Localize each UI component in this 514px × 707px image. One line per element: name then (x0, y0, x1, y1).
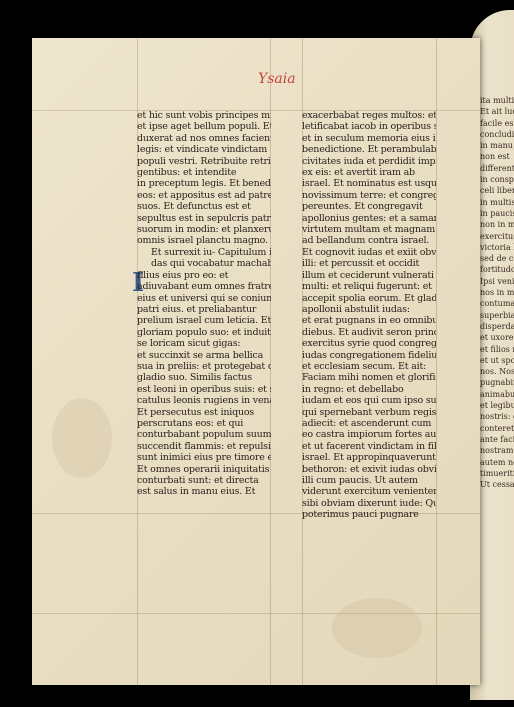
text-line: catulus leonis rugiens in venatione. (137, 395, 271, 406)
text-line: diebus. Et audivit seron principem (302, 327, 436, 338)
text-line: suos. Et defunctus est et (137, 201, 271, 212)
text-line: et filios nostros (480, 344, 514, 355)
text-line: animabus nostris (480, 389, 514, 400)
text-line: nos in multitudine (480, 287, 514, 298)
text-line: pugnabimus pro (480, 377, 514, 388)
text-line: exercitus syrie quod congregavit (302, 338, 436, 349)
text-line: bethoron: et exivit iudas obviam (302, 464, 436, 475)
text-line: exacerbabat reges multos: et (302, 110, 436, 121)
right-text-column: exacerbabat reges multos: etletificabat … (302, 110, 436, 521)
ruling-line (436, 38, 437, 685)
text-line: iudas congregationem fidelium (302, 350, 436, 361)
text-line: adiecit: et ascenderunt cum (302, 418, 436, 429)
text-line: in multis et (480, 197, 514, 208)
text-line: facile est (480, 118, 514, 129)
manuscript-page: Ysaia I et hic sunt vobis principes mili… (32, 38, 480, 685)
text-line: israel. Et appropinquaverunt usque (302, 452, 436, 463)
text-line: nos. Nos vero (480, 366, 514, 377)
text-line: prelium israel cum leticia. Et dilatavit (137, 315, 271, 326)
text-line: civitates iuda et perdidit impios (302, 156, 436, 167)
text-line: est leoni in operibus suis: et sicut (137, 384, 271, 395)
text-line: et ut facerent vindictam in filios (302, 441, 436, 452)
text-line: ad bellandum contra israel. (302, 235, 436, 246)
text-line: in conspectu dei (480, 174, 514, 185)
text-line: multi: et reliqui fugerunt: et (302, 281, 436, 292)
text-line: ita multitudini (480, 95, 514, 106)
text-line: das qui vocabatur machabeus (137, 258, 271, 269)
text-line: omnis israel planctu magno. (137, 235, 271, 246)
text-line: gladio suo. Similis factus (137, 372, 271, 383)
text-line: disperdant nos (480, 321, 514, 332)
text-line: exercitus (480, 231, 514, 242)
text-line: Et omnes operarii iniquitatis (137, 464, 271, 475)
text-line: et ipse aget bellum populi. Et ad (137, 121, 271, 132)
text-line: se loricam sicut gigas: (137, 338, 271, 349)
text-line: et in seculum memoria eius in (302, 133, 436, 144)
text-line: eos: et appositus est ad patres (137, 190, 271, 201)
text-line: conteret eos (480, 423, 514, 434)
text-line: victoria belli (480, 242, 514, 253)
text-line: sunt inimici eius pre timore eius. (137, 452, 271, 463)
text-line: Ipsi veniunt ad (480, 276, 514, 287)
text-line: et ecclesiam secum. Et ait: (302, 361, 436, 372)
text-line: contumaci et (480, 298, 514, 309)
text-line: et uxores nostras (480, 332, 514, 343)
text-line: legis: et vindicate vindictam (137, 144, 271, 155)
text-line: sepultus est in sepulcris patrum (137, 213, 271, 224)
text-line: in preceptum legis. Et benedixit (137, 178, 271, 189)
text-line: nostris: et ipse (480, 411, 514, 422)
text-line: et hic sunt vobis principes milicie (137, 110, 271, 121)
text-line: ex eis: et avertit iram ab (302, 167, 436, 178)
text-line: non in multitudine (480, 219, 514, 230)
text-line: differentia (480, 163, 514, 174)
text-line: duxerat ad nos omnes facientes (137, 133, 271, 144)
text-line: poterimus pauci pugnare (302, 509, 436, 520)
text-line: non est (480, 151, 514, 162)
text-line: illum et ceciderunt vulnerati (302, 270, 436, 281)
text-line: ante faciem (480, 434, 514, 445)
text-line: viderunt exercitum venientem (302, 486, 436, 497)
text-line: Et ait ludas (480, 106, 514, 117)
text-line: eius et universi qui se coniunxerant (137, 293, 271, 304)
text-line: Et persecutus est iniquos (137, 407, 271, 418)
text-line: illi cum paucis. Ut autem (302, 475, 436, 486)
text-line: apollonii abstulit iudas: (302, 304, 436, 315)
text-line: timueritis eos (480, 468, 514, 479)
text-line: perscrutans eos: et qui (137, 418, 271, 429)
facing-page-text: ita multitudiniEt ait ludasfacile estcon… (480, 95, 514, 490)
text-line: novissimum terre: et congregavit (302, 190, 436, 201)
text-line: suorum in modin: et planxerunt eum (137, 224, 271, 235)
text-line: in manu paucorum (480, 140, 514, 151)
text-line: celi liberare (480, 185, 514, 196)
text-line: nostram: vos (480, 445, 514, 456)
text-line: et ut spolient (480, 355, 514, 366)
text-line: Et cognovit iudas et exiit obviam (302, 247, 436, 258)
text-line: illi: et percussit et occidit (302, 258, 436, 269)
text-line: est salus in manu eius. Et (137, 486, 271, 497)
text-line: conturbabant populum suum eos (137, 429, 271, 440)
stain (52, 398, 112, 478)
text-line: concludi multos (480, 129, 514, 140)
text-line: apollonius gentes: et a samaria (302, 213, 436, 224)
text-line: conturbati sunt: et directa (137, 475, 271, 486)
stain (332, 598, 422, 658)
text-line: virtutem multam et magnam (302, 224, 436, 235)
text-line: patri eius. et preliabantur (137, 304, 271, 315)
text-line: letificabat iacob in operibus suis: (302, 121, 436, 132)
text-line: sua in preliis: et protegebat castra (137, 361, 271, 372)
text-line: benedictione. Et perambulabat (302, 144, 436, 155)
text-line: populi vestri. Retribuite retributionem (137, 156, 271, 167)
text-line: gentibus: et intendite (137, 167, 271, 178)
running-head: Ysaia (258, 71, 296, 87)
text-line: adiuvabant eum omnes fratres (137, 281, 271, 292)
text-line: fortitudo est (480, 264, 514, 275)
text-line: et erat pugnans in eo omnibus (302, 315, 436, 326)
text-line: pereuntes. Et congregavit (302, 201, 436, 212)
text-line: accepit spolia eorum. Et gladium (302, 293, 436, 304)
text-line: israel. Et nominatus est usque ad (302, 178, 436, 189)
text-line: succendit flammis: et repulsi (137, 441, 271, 452)
text-line: eo castra impiorum fortes auxiliari (302, 429, 436, 440)
text-line: Et surrexit iu- Capitulum iii (137, 247, 271, 258)
text-line: et legibus (480, 400, 514, 411)
text-line: Faciam mihi nomen et glorificabor (302, 372, 436, 383)
text-line: filius eius pro eo: et (137, 270, 271, 281)
text-line: autem ne (480, 457, 514, 468)
text-line: sibi obviam dixerunt iude: Quomodo (302, 498, 436, 509)
left-text-column: et hic sunt vobis principes milicieet ip… (137, 110, 271, 498)
text-line: in paucis: quoniam (480, 208, 514, 219)
text-line: sed de celo (480, 253, 514, 264)
text-line: iudam et eos qui cum ipso sunt (302, 395, 436, 406)
text-line: et succinxit se arma bellica (137, 350, 271, 361)
text-line: superbia ut (480, 310, 514, 321)
text-line: gloriam populo suo: et induit (137, 327, 271, 338)
text-line: in regno: et debellabo (302, 384, 436, 395)
text-line: qui spernebant verbum regis. Et (302, 407, 436, 418)
text-line: Ut cessavit (480, 479, 514, 490)
